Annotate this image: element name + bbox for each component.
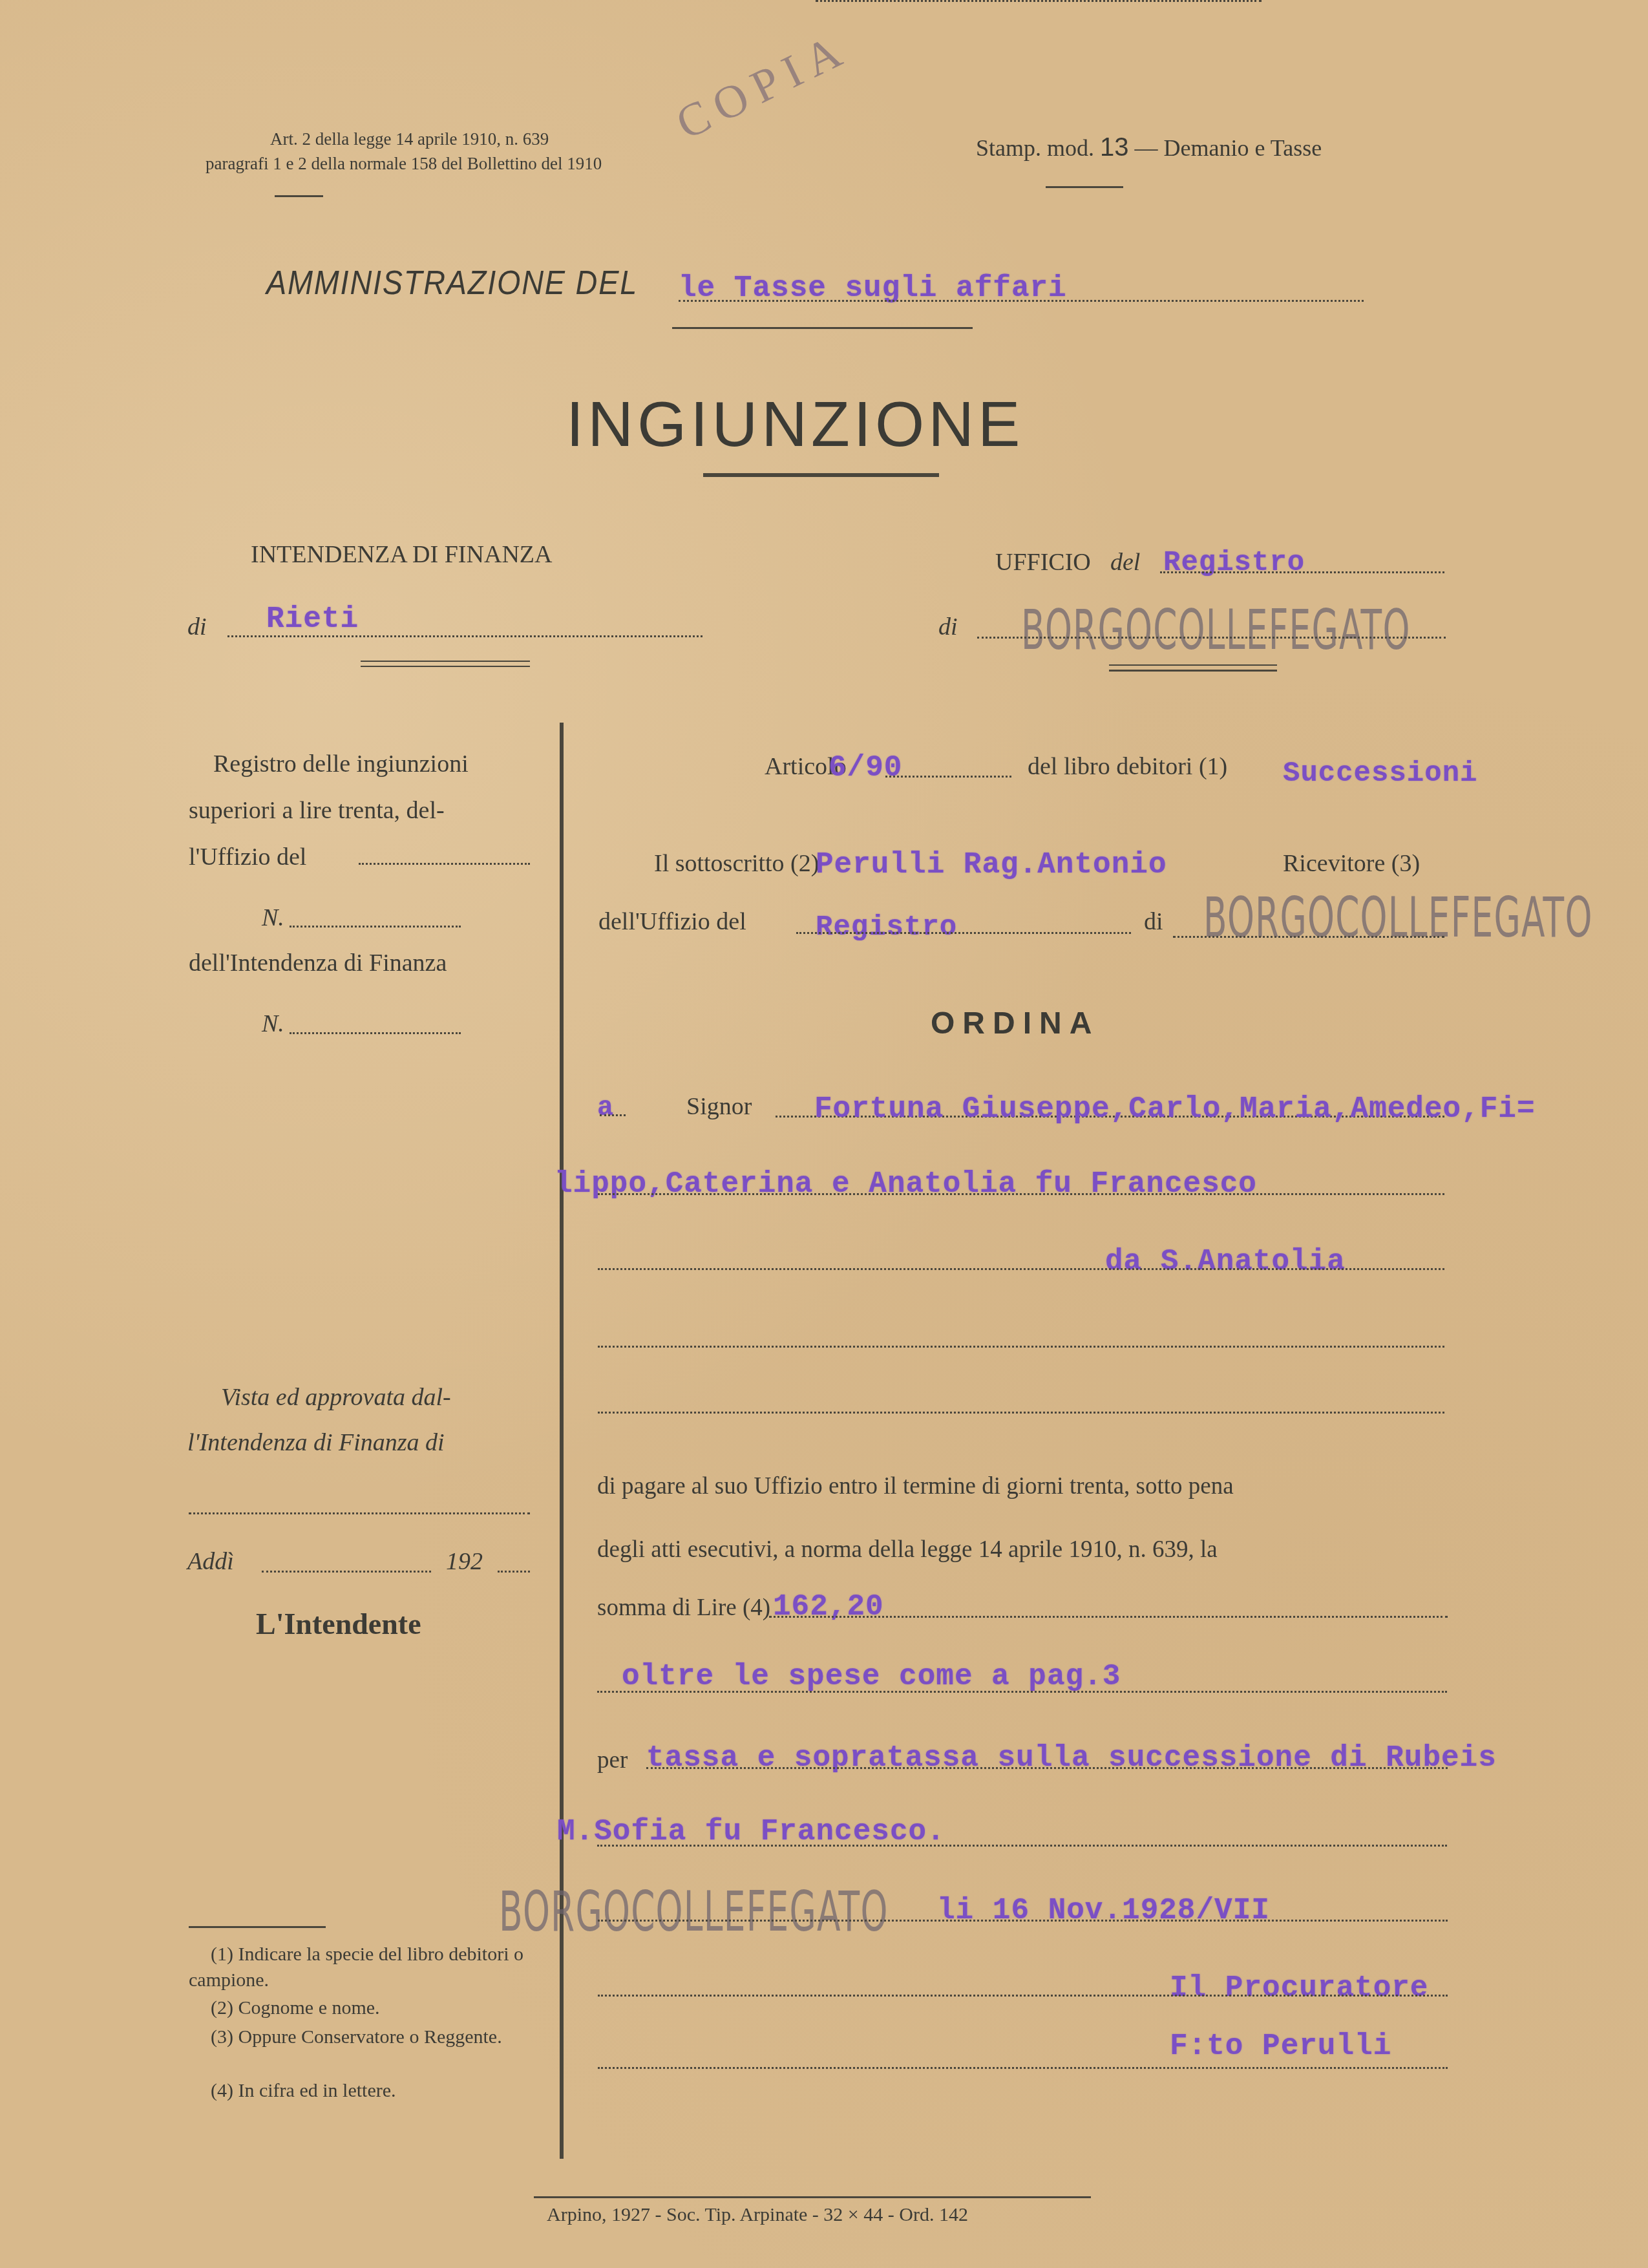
somma-field-line [769,1616,1448,1618]
intendenza-divider-2 [361,666,530,667]
sottoscritto-field-line [816,0,1262,2]
debtor-field-line-3 [598,1268,1444,1270]
sottoscritto-label: Il sottoscritto (2) [654,849,819,878]
libro-value: Successioni [1283,758,1477,790]
register-uffizio-field-line [359,863,530,865]
form-code-divider [1046,186,1123,188]
footnote-2: (2) Cognome e nome. [211,1997,380,2019]
n-field-line-2 [290,1032,461,1034]
date-value: li 16 Nov.1928/VII [937,1894,1270,1927]
administration-field-line [679,300,1364,302]
intendente-signatory: L'Intendente [256,1607,421,1641]
a-field-line [600,1114,626,1116]
header-divider-left [275,195,323,197]
n-label-1: N. [262,904,284,932]
ufficio-di-stamp: BORGOCOLLEFEGATO [1021,598,1411,662]
ufficio-di-field-line [977,637,1446,639]
uffizio-di-label: di [1144,907,1163,936]
date-field-line [598,1920,1448,1922]
per-label: per [597,1746,628,1774]
signature-role-field-line [598,1995,1448,1997]
intendenza-number-label: dell'Intendenza di Finanza [189,949,447,977]
administration-label: AMMINISTRAZIONE DEL [266,264,638,302]
uffizio-di-field-line [1173,936,1444,938]
body-line-2: degli atti esecutivi, a norma della legg… [597,1536,1218,1563]
title-underline [703,473,939,477]
register-line-1: Registro delle ingiunzioni [213,750,469,778]
ufficio-del-field-line [1160,571,1444,573]
debtor-line-2: lippo,Caterina e Anatolia fu Francesco [555,1167,1257,1201]
addi-label: Addì [187,1547,234,1576]
signature-role: Il Procuratore [1170,1971,1428,2005]
intendenza-di-value: Rieti [266,602,359,636]
year-prefix: 192 [446,1547,483,1576]
libro-label: del libro debitori (1) [1028,752,1227,781]
ufficio-divider-2 [1109,670,1277,672]
debtor-line-3: da S.Anatolia [1105,1245,1346,1278]
footnotes-divider [189,1926,326,1928]
intendenza-di-label: di [187,613,207,641]
register-line-2: superiori a lire trenta, del- [189,796,445,825]
per-value-line-2: M.Sofia fu Francesco. [557,1815,945,1849]
uffizio-label: dell'Uffizio del [598,907,746,936]
signature-name-field-line [598,2067,1448,2069]
place-stamp: BORGOCOLLEFEGATO [499,1880,889,1944]
ufficio-del-value: Registro [1163,547,1305,579]
footnote-4: (4) In cifra ed in lettere. [211,2080,396,2102]
debtor-field-line-5 [598,1412,1444,1414]
page-title: INGIUNZIONE [566,388,1024,461]
somma-value: 162,20 [773,1590,884,1624]
ufficio-di-label: di [938,613,958,641]
printer-footer: Arpino, 1927 - Soc. Tip. Arpinate - 32 ×… [547,2204,968,2226]
intendenza-field-line [227,635,703,637]
a-value: a [597,1092,614,1123]
sottoscritto-value: Perulli Rag.Antonio [816,848,1167,882]
signature-name: F:to Perulli [1170,2030,1391,2063]
signor-label: Signor [686,1092,752,1121]
spese-field-line [597,1691,1447,1693]
debtor-field-line-2 [598,1193,1444,1195]
articolo-value: 6/90 [829,751,902,785]
ufficio-divider-1 [1109,664,1277,666]
per-field-line-1 [646,1767,1448,1769]
intendenza-label: INTENDENZA DI FINANZA [251,540,552,569]
intendenza-divider-1 [361,661,530,662]
form-code: Stamp. mod. 13 — Demanio e Tasse [976,133,1322,162]
ricevitore-label: Ricevitore (3) [1283,849,1420,878]
legal-reference-line-1: Art. 2 della legge 14 aprile 1910, n. 63… [270,129,549,149]
form-code-prefix: Stamp. mod. [976,135,1094,161]
spese-value: oltre le spese come a pag.3 [622,1660,1121,1693]
ufficio-label: UFFICIO [995,548,1091,577]
uffizio-di-stamp: BORGOCOLLEFEGATO [1203,885,1593,950]
approval-line-2: l'Intendenza di Finanza di [187,1428,445,1457]
uffizio-field-line [796,932,1131,934]
approval-line-1: Vista ed approvata dal- [221,1383,451,1412]
approval-field-line [189,1512,530,1514]
debtor-line-1: Fortuna Giuseppe,Carlo,Maria,Amedeo,Fi= [814,1092,1536,1126]
register-line-3: l'Uffizio del [189,843,306,871]
articolo-field-line [885,776,1011,778]
footer-divider [534,2196,1091,2198]
n-label-2: N. [262,1010,284,1038]
footnote-1: (1) Indicare la specie del libro debitor… [189,1942,531,1993]
per-field-line-2 [597,1845,1447,1847]
ufficio-del-label: del [1110,548,1140,577]
legal-reference-line-2: paragrafi 1 e 2 della normale 158 del Bo… [206,154,602,174]
administration-divider [672,327,973,329]
form-code-suffix: — Demanio e Tasse [1135,135,1322,161]
copy-stamp: COPIA [668,21,858,151]
uffizio-value: Registro [816,911,957,944]
n-field-line-1 [290,926,461,927]
year-field-line [498,1571,530,1573]
footnote-3: (3) Oppure Conservatore o Reggente. [189,2024,531,2050]
per-value-line-1: tassa e sopratassa sulla successione di … [646,1741,1497,1775]
body-line-1: di pagare al suo Uffizio entro il termin… [597,1472,1234,1500]
addi-field-line [262,1571,431,1573]
debtor-field-line-4 [598,1346,1444,1348]
ordina-heading: ORDINA [931,1006,1099,1041]
form-code-number: 13 [1100,133,1129,162]
somma-label: somma di Lire (4) [597,1594,770,1622]
